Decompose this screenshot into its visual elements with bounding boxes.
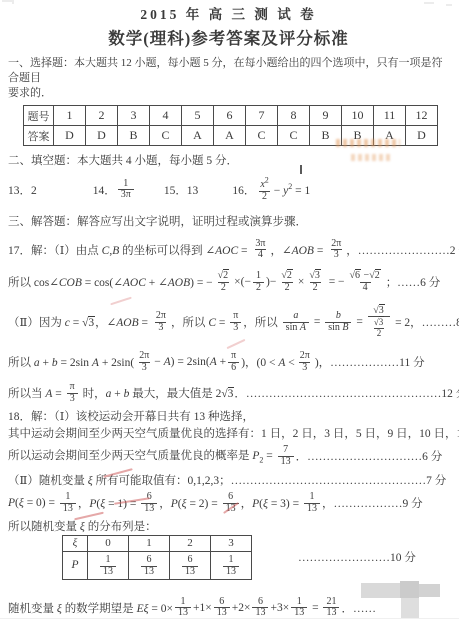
- text-run: A: [225, 128, 234, 142]
- text-run: 2: [256, 282, 261, 293]
- text-run: 3: [142, 362, 147, 373]
- text-run: 5: [195, 108, 201, 122]
- fraction: √22: [278, 271, 296, 293]
- text-run: 21: [326, 596, 336, 607]
- scan-artifact-block: [419, 584, 440, 597]
- text-run: sin A: [286, 322, 306, 333]
- fraction: √3√32: [368, 306, 390, 338]
- text-run: a: [293, 310, 298, 321]
- solution-line: （Ⅱ）因为 c = √3，∠AOB = 2π3，所以 C = π3，所以 asi…: [8, 299, 449, 345]
- text-run: 1: [106, 554, 111, 565]
- table-cell: 12: [406, 106, 438, 126]
- fraction: 13π: [118, 179, 134, 201]
- stray-mark: [300, 165, 302, 174]
- text-run: 所以当 A =: [8, 385, 65, 401]
- fraction: 613: [182, 555, 198, 577]
- fraction: 2π3: [136, 351, 152, 373]
- text-run: 6: [147, 554, 152, 565]
- text-run: +3×: [270, 602, 289, 614]
- text-run: 3: [233, 322, 238, 333]
- text-run: ，所以: [243, 314, 280, 330]
- text-run: 2: [377, 328, 382, 338]
- solution-line: 17．解：（Ⅰ）由点 C,B 的坐标可以得到 ∠AOC = 3π4，∠AOB =…: [8, 234, 449, 265]
- text-run: √3: [309, 269, 321, 281]
- text-run: B: [129, 128, 137, 142]
- text-run: 14．: [93, 182, 116, 198]
- solve-section-heading: 三、解答题：解答应写出文字说明，证明过程或演算步骤．: [8, 214, 449, 230]
- text-run: 其中运动会期间至少两天空气质量优良的选择有：1 日，2 日，3 日，5 日，9 …: [8, 425, 459, 441]
- table-cell: C: [150, 126, 182, 146]
- table-cell: ξ: [63, 535, 88, 551]
- solution-line: 所以 cos∠COB = cos(∠AOC + ∠AOB) = −√22×(−1…: [8, 265, 449, 299]
- text-run: 2π: [331, 238, 341, 249]
- text-run: ，P(ξ = 2) =: [159, 495, 220, 511]
- text-run: 2π: [139, 350, 149, 361]
- text-run: ，∠AOB =: [270, 242, 326, 258]
- text-run: 2: [285, 282, 290, 293]
- text-run: − y2 = 1: [274, 183, 310, 197]
- text-run: B: [321, 128, 329, 142]
- fraction: 113: [291, 597, 307, 619]
- text-run: = 2，………8 分: [392, 314, 459, 330]
- text-run: +1×: [193, 602, 212, 614]
- solution-line: 所以 a + b = 2sin A + 2sin(2π3− A) = 2sin(…: [8, 345, 449, 379]
- text-run: π: [233, 310, 238, 321]
- text-run: ，………………9 分: [322, 495, 423, 511]
- text-run: b: [336, 310, 341, 321]
- table-cell: D: [406, 126, 438, 146]
- fraction: 2π3: [153, 311, 169, 333]
- text-run: 13: [294, 607, 304, 618]
- table-cell: 10: [342, 106, 374, 126]
- solution-line: 所以随机变量 ξ 的分布列是：: [8, 518, 449, 534]
- text-run: 13: [226, 566, 236, 577]
- text-run: ξ: [73, 537, 78, 549]
- text-run: − A) = 2sin(A +: [154, 356, 226, 368]
- page-subtitle: 数学(理科)参考答案及评分标准: [8, 28, 449, 50]
- text-run: 3: [70, 393, 75, 404]
- table-cell: 8: [278, 106, 310, 126]
- question-17-solution: 17．解：（Ⅰ）由点 C,B 的坐标可以得到 ∠AOC = 3π4，∠AOB =…: [8, 234, 449, 407]
- table-cell: 613: [170, 551, 211, 579]
- text-run: ×(−: [234, 276, 251, 288]
- fraction: √22: [215, 271, 233, 293]
- fraction: 613: [141, 492, 157, 514]
- fraction: 2113: [323, 597, 339, 619]
- fraction: 113: [175, 597, 191, 619]
- text-run: 1: [65, 491, 70, 502]
- text-run: +2×: [232, 602, 251, 614]
- fraction: 113: [304, 492, 320, 514]
- text-run: π: [231, 350, 236, 361]
- text-run: C: [257, 128, 265, 142]
- text-run: 13: [326, 607, 336, 618]
- text-run: ，P(ξ = 3) =: [241, 495, 302, 511]
- fraction: 2π3: [297, 351, 313, 373]
- text-run: C: [289, 128, 297, 142]
- text-run: P: [71, 559, 78, 571]
- fraction: 713: [278, 445, 294, 467]
- text-run: 6: [228, 491, 233, 502]
- page-corner-mark: [424, 2, 434, 4]
- text-run: 时，a + b 最大，最大值是 2√3．……………………………………………12 …: [80, 385, 459, 401]
- table-cell: 3: [211, 535, 252, 551]
- text-run: 所以随机变量 ξ 的分布列是：: [8, 518, 157, 534]
- text-run: ×: [298, 276, 305, 288]
- text-run: 所以 cos∠COB = cos(∠AOC + ∠AOB) = −: [8, 274, 213, 290]
- fraction: √32: [371, 318, 387, 338]
- text-run: 3: [228, 537, 234, 549]
- text-run: 1: [256, 270, 261, 281]
- fraction: π6: [228, 351, 239, 373]
- text-run: =: [309, 602, 321, 614]
- scan-artifact-block: [400, 581, 419, 598]
- table-cell: 11: [374, 106, 406, 126]
- table-cell: 1: [54, 106, 86, 126]
- text-run: 答案: [28, 131, 50, 143]
- text-run: D: [417, 128, 426, 142]
- table-cell: D: [86, 126, 118, 146]
- table-cell: 613: [129, 551, 170, 579]
- text-run: 3: [131, 108, 137, 122]
- text-run: 13: [281, 456, 291, 467]
- table-row: ξ0123: [63, 535, 252, 551]
- text-run: 3: [158, 322, 163, 333]
- text-run: 13: [178, 607, 188, 618]
- solution-line: （Ⅱ）随机变量 ξ 所有可能取值有：0,1,2,3；………………………………………: [8, 471, 449, 488]
- table-cell: 5: [182, 106, 214, 126]
- table-cell: 0: [88, 535, 129, 551]
- text-run: 4: [258, 249, 263, 260]
- text-run: x2: [260, 179, 268, 190]
- table-cell: 113: [88, 551, 129, 579]
- fraction: 613: [141, 555, 157, 577]
- text-run: 所以 a + b = 2sin A + 2sin(: [8, 354, 134, 370]
- text-run: π: [70, 381, 75, 392]
- table-cell: A: [214, 126, 246, 146]
- fraction: bsin B: [325, 311, 351, 333]
- choice-section-intro: 一、选择题：本大题共 12 小题，每小题 5 分，在每小题给出的四个选项中，只有…: [8, 56, 449, 101]
- text-run: 3: [302, 362, 307, 373]
- text-run: A: [193, 128, 202, 142]
- text-run: = −: [326, 276, 345, 288]
- table-cell: A: [182, 126, 214, 146]
- text-run: 7: [259, 108, 265, 122]
- question-18-solution: 18．解：（Ⅰ）该校运动会开幕日共有 13 种选择，其中运动会期间至少两天空气质…: [8, 407, 449, 534]
- table-cell: B: [118, 126, 150, 146]
- text-run: sin B: [328, 322, 348, 333]
- text-run: ．……: [341, 600, 376, 616]
- solution-line: P(ξ = 0) = 113，P(ξ = 1) = 613，P(ξ = 2) =…: [8, 488, 449, 518]
- text-run: 6: [188, 554, 193, 565]
- fraction: 613: [214, 597, 230, 619]
- text-run: ；……6 分: [386, 274, 441, 290]
- fraction: π3: [67, 382, 78, 404]
- text-run: 4: [163, 108, 169, 122]
- text-run: 13: [103, 566, 113, 577]
- table-cell: P: [63, 551, 88, 579]
- intro-line-1: 一、选择题：本大题共 12 小题，每小题 5 分，在每小题给出的四个选项中，只有…: [8, 56, 449, 86]
- table-cell: D: [54, 126, 86, 146]
- text-run: 17．解：（Ⅰ）由点 C,B 的坐标可以得到 ∠AOC =: [8, 242, 250, 258]
- distribution-table: ξ0123P113613613113: [62, 535, 252, 580]
- text-run: 13: [217, 607, 227, 618]
- text-run: 9: [323, 108, 329, 122]
- scan-edge-line: [0, 618, 459, 619]
- text-run: ，……………………2 分: [346, 242, 459, 258]
- text-run: 1: [297, 596, 302, 607]
- page-corner-mark: [446, 4, 452, 6]
- text-run: （Ⅱ）因为 c = √3，∠AOB =: [8, 314, 151, 330]
- text-run: ，所以 C =: [171, 314, 228, 330]
- text-run: 13: [185, 566, 195, 577]
- text-run: 13: [255, 607, 265, 618]
- fraction: π3: [230, 311, 241, 333]
- table-cell: 9: [310, 106, 342, 126]
- table-cell: 题号: [24, 106, 54, 126]
- text-run: P(ξ = 0) =: [8, 497, 58, 509]
- text-run: √2: [218, 269, 230, 281]
- text-run: 10: [352, 108, 364, 122]
- text-run: 1: [146, 537, 152, 549]
- fill-answers-line: 13．214．13π15．1316．x22− y2 = 1: [8, 174, 449, 205]
- text-run: 2π: [156, 310, 166, 321]
- text-run: √6 −√2: [350, 269, 381, 281]
- text-run: 3π: [255, 238, 265, 249]
- text-run: 题号: [28, 111, 50, 123]
- text-run: 13．2: [8, 182, 37, 198]
- text-run: 16．: [232, 182, 255, 198]
- distribution-row: ξ0123P113613613113 ……………………10 分: [8, 534, 449, 580]
- text-run: =: [353, 316, 365, 328]
- text-run: 3: [334, 249, 339, 260]
- text-run: 所以运动会期间至少两天空气质量优良的概率是 P2 =: [8, 447, 276, 464]
- intro-line-2: 要求的．: [8, 86, 449, 101]
- table-cell: C: [246, 126, 278, 146]
- page-corner-mark: [12, 0, 14, 4]
- text-run: 2: [262, 191, 267, 202]
- scan-artifact-block: [401, 598, 419, 619]
- text-run: 1: [123, 178, 128, 189]
- text-run: 12: [416, 108, 428, 122]
- fraction: 113: [100, 555, 116, 577]
- table-cell: C: [278, 126, 310, 146]
- fraction: √32: [306, 271, 324, 293]
- fraction: 113: [223, 555, 239, 577]
- watermark-smudge: [351, 154, 393, 161]
- page-title: 2015 年 高 三 测 试 卷: [8, 6, 449, 23]
- text-run: 6: [219, 596, 224, 607]
- text-run: 18．解：（Ⅰ）该校运动会开幕日共有 13 种选择，: [8, 408, 254, 424]
- text-run: 1: [181, 596, 186, 607]
- text-run: 2π: [300, 350, 310, 361]
- solution-line: 其中运动会期间至少两天空气质量优良的选择有：1 日，2 日，3 日，5 日，9 …: [8, 424, 449, 441]
- distribution-score: ……………………10 分: [298, 549, 416, 565]
- fraction: √6 −√24: [347, 271, 384, 293]
- fraction: 3π4: [252, 239, 268, 261]
- text-run: ，P(ξ = 1) =: [78, 495, 139, 511]
- table-cell: 6: [214, 106, 246, 126]
- solution-line: 18．解：（Ⅰ）该校运动会开幕日共有 13 种选择，: [8, 407, 449, 424]
- text-run: 11: [384, 108, 396, 122]
- table-cell: 4: [150, 106, 182, 126]
- text-run: 2: [99, 108, 105, 122]
- text-run: D: [65, 128, 74, 142]
- text-run: 2: [221, 282, 226, 293]
- text-run: 4: [363, 282, 368, 293]
- fraction: 12: [253, 271, 264, 293]
- solution-line: 所以运动会期间至少两天空气质量优良的概率是 P2 = 713．…………………………: [8, 441, 449, 471]
- text-run: 13: [63, 503, 73, 514]
- watermark-smudge: [336, 139, 400, 147]
- text-run: 8: [291, 108, 297, 122]
- text-run: 2: [313, 282, 318, 293]
- text-run: 15．13: [164, 182, 199, 198]
- text-run: √3: [374, 316, 384, 327]
- table-cell: 113: [211, 551, 252, 579]
- fraction: 113: [60, 492, 76, 514]
- text-run: 6: [258, 596, 263, 607]
- text-run: 1: [310, 491, 315, 502]
- text-run: D: [97, 128, 106, 142]
- text-run: 1: [67, 108, 73, 122]
- text-run: 13: [307, 503, 317, 514]
- text-run: （Ⅱ）随机变量 ξ 所有可能取值有：0,1,2,3；………………………………………: [8, 472, 446, 488]
- solution-line: 所以当 A = π3 时，a + b 最大，最大值是 2√3．…………………………: [8, 379, 449, 407]
- text-run: )−: [266, 276, 276, 288]
- table-row: 题号123456789101112: [24, 106, 438, 126]
- exam-answer-key-page: 2015 年 高 三 测 试 卷 数学(理科)参考答案及评分标准 一、选择题：本…: [0, 0, 459, 624]
- text-run: 3π: [121, 189, 131, 200]
- fraction: x22: [257, 177, 271, 202]
- table-cell: 3: [118, 106, 150, 126]
- table-row: P113613613113: [63, 551, 252, 579]
- table-cell: 2: [170, 535, 211, 551]
- text-run: 2: [187, 537, 193, 549]
- text-run: 13: [144, 503, 154, 514]
- text-run: 13: [144, 566, 154, 577]
- fraction: asin A: [283, 311, 309, 333]
- table-cell: 1: [129, 535, 170, 551]
- text-run: √3: [373, 304, 385, 316]
- fraction: 613: [252, 597, 268, 619]
- fraction: 2π3: [328, 239, 344, 261]
- text-run: 6: [227, 108, 233, 122]
- text-run: C: [161, 128, 169, 142]
- text-run: =: [311, 316, 323, 328]
- text-run: 6: [231, 362, 236, 373]
- table-cell: 7: [246, 106, 278, 126]
- text-run: √2: [281, 269, 293, 281]
- table-cell: 2: [86, 106, 118, 126]
- text-run: 7: [283, 444, 288, 455]
- text-run: 随机变量 ξ 的数学期望是 Eξ = 0×: [8, 600, 173, 616]
- table-cell: 答案: [24, 126, 54, 146]
- text-run: ．…………………………6 分: [296, 448, 443, 464]
- text-run: )，………………11 分: [315, 354, 425, 370]
- text-run: 1: [229, 554, 234, 565]
- text-run: 0: [105, 537, 111, 549]
- text-run: )，(0 < A <: [241, 354, 295, 370]
